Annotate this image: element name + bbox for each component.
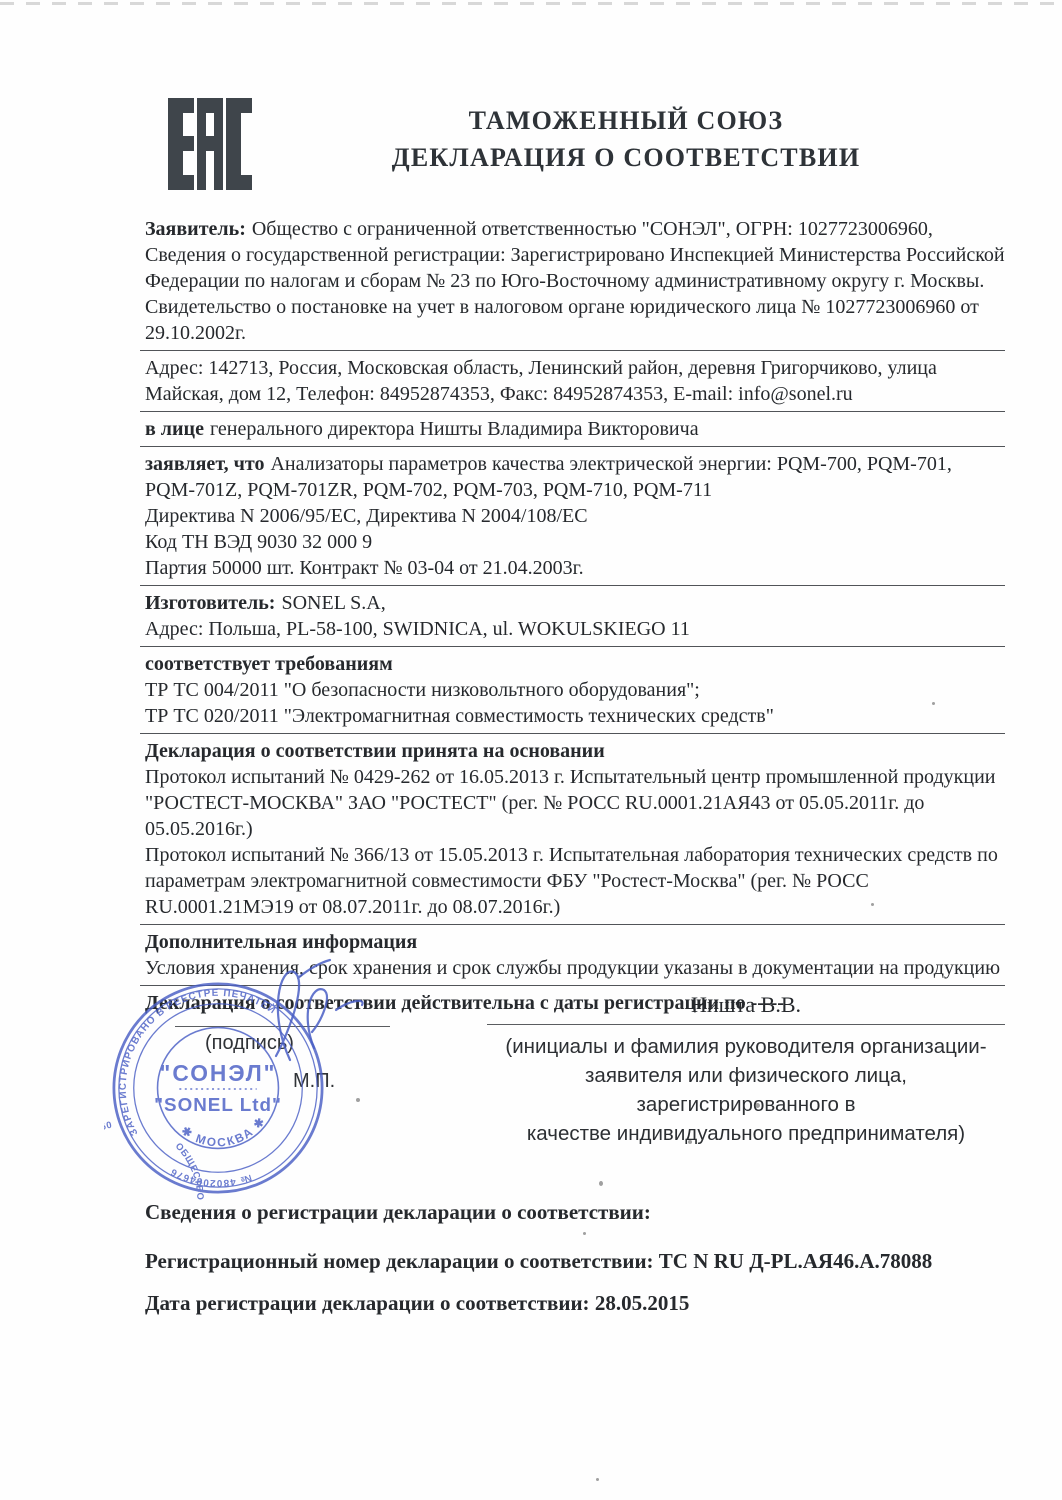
registration-number-value: ТС N RU Д-PL.АЯ46.А.78088 [659,1249,932,1273]
scan-speck [755,1103,760,1108]
applicant-label: Заявитель: [145,218,246,240]
scan-edge-artifact [0,2,1062,5]
basis-protocol1: Протокол испытаний № 0429-262 от 16.05.2… [145,764,1005,842]
scan-speck [599,1181,603,1186]
registration-heading: Сведения о регистрации декларации о соот… [145,1200,651,1225]
rule [140,646,1005,647]
stamp-company-ring-text: ОБЩЕСТВО С ОГРАНИЧЕННОЙ ОТВЕТСТВЕННОСТЬЮ [104,1101,240,1202]
in-person-text: генерального директора Ништы Владимира В… [210,418,699,440]
rule [140,924,1005,925]
manufacturer-address: Адрес: Польша, PL-58-100, SWIDNICA, ul. … [145,616,1005,642]
rule [140,446,1005,447]
document-title: ТАМОЖЕННЫЙ СОЮЗ ДЕКЛАРАЦИЯ О СООТВЕТСТВИ… [270,102,982,176]
signature-line [175,1026,390,1027]
name-line [487,1024,1005,1025]
rule [140,411,1005,412]
complies-reg2: ТР ТС 020/2011 "Электромагнитная совмест… [145,703,1005,729]
svg-text:✱ МОСКВА ✱: ✱ МОСКВА ✱ [177,1112,271,1155]
title-line-2: ДЕКЛАРАЦИЯ О СООТВЕТСТВИИ [270,139,982,176]
declares-products: заявляет, чтоАнализаторы параметров каче… [145,451,1005,503]
declares-directives: Директива N 2006/95/ЕС, Директива N 2004… [145,503,1005,529]
scan-speck [583,1232,586,1235]
scan-speck [688,1140,692,1144]
stamp-center-name-en: "SONEL Ltd" [154,1094,282,1115]
additional-heading: Дополнительная информация [145,929,1005,955]
registration-date-value: 28.05.2015 [595,1291,690,1315]
scan-speck [932,702,935,705]
declares-label: заявляет, что [145,453,264,475]
in-person-label: в лице [145,418,204,440]
declares-batch: Партия 50000 шт. Контракт № 03-04 от 21.… [145,555,1005,581]
rule [140,350,1005,351]
additional-text: Условия хранения, срок хранения и срок с… [145,955,1005,981]
head-name: Ништа В.В. [487,992,1005,1018]
address-paragraph: Адрес: 142713, Россия, Московская област… [145,355,1005,407]
complies-reg1: ТР ТС 004/2011 "О безопасности низковоль… [145,677,1005,703]
basis-block: Декларация о соответствии принята на осн… [145,738,1005,920]
stamp-ogrn-text: ОГРН 1027723006960 [104,1106,119,1202]
title-line-1: ТАМОЖЕННЫЙ СОЮЗ [270,102,982,139]
applicant-paragraph: Заявитель:Общество с ограниченной ответс… [145,216,1005,346]
in-person-paragraph: в лицегенерального директора Ништы Влади… [145,416,1005,442]
basis-heading: Декларация о соответствии принята на осн… [145,738,1005,764]
complies-block: соответствует требованиям ТР ТС 004/2011… [145,651,1005,729]
declares-tnved: Код ТН ВЭД 9030 32 000 9 [145,529,1005,555]
rule [140,585,1005,586]
stamp-center-name-ru: "СОНЭЛ" [160,1060,277,1086]
signature-caption: (подпись) [205,1032,294,1055]
document-body: Заявитель:Общество с ограниченной ответс… [145,216,1005,1016]
declaration-document: ТАМОЖЕННЫЙ СОЮЗ ДЕКЛАРАЦИЯ О СООТВЕТСТВИ… [0,0,1062,1500]
applicant-text: Общество с ограниченной ответственностью… [145,218,1005,344]
scan-speck [596,1478,599,1481]
seal-place-label: М.П. [293,1070,335,1093]
stamp-city-text: ✱ МОСКВА ✱ [177,1112,271,1155]
declares-block: заявляет, чтоАнализаторы параметров каче… [145,451,1005,581]
rule [140,733,1005,734]
rule [140,985,1005,986]
svg-text:ОГРН 1027723006960: ОГРН 1027723006960 [104,1106,119,1202]
complies-heading: соответствует требованиям [145,651,1005,677]
manufacturer-name: Изготовитель:SONEL S.A, [145,590,1005,616]
scan-speck [871,903,874,906]
additional-info-block: Дополнительная информация Условия хранен… [145,929,1005,981]
basis-protocol2: Протокол испытаний № 366/13 от 15.05.201… [145,842,1005,920]
svg-text:№ 4802084676: № 4802084676 [165,1132,255,1202]
scan-speck [356,1098,360,1102]
registration-date: Дата регистрации декларации о соответств… [145,1291,689,1316]
svg-text:ОБЩЕСТВО С ОГРАНИЧЕННОЙ ОТВЕТС: ОБЩЕСТВО С ОГРАНИЧЕННОЙ ОТВЕТСТВЕННОСТЬЮ [104,1101,240,1202]
manufacturer-label: Изготовитель: [145,592,275,614]
registration-number: Регистрационный номер декларации о соотв… [145,1249,932,1274]
stamp-outer-ring-number: № 4802084676 [165,1132,255,1202]
manufacturer-block: Изготовитель:SONEL S.A, Адрес: Польша, P… [145,590,1005,642]
name-caption: (инициалы и фамилия руководителя организ… [487,1032,1005,1148]
eac-mark-icon [168,98,252,190]
